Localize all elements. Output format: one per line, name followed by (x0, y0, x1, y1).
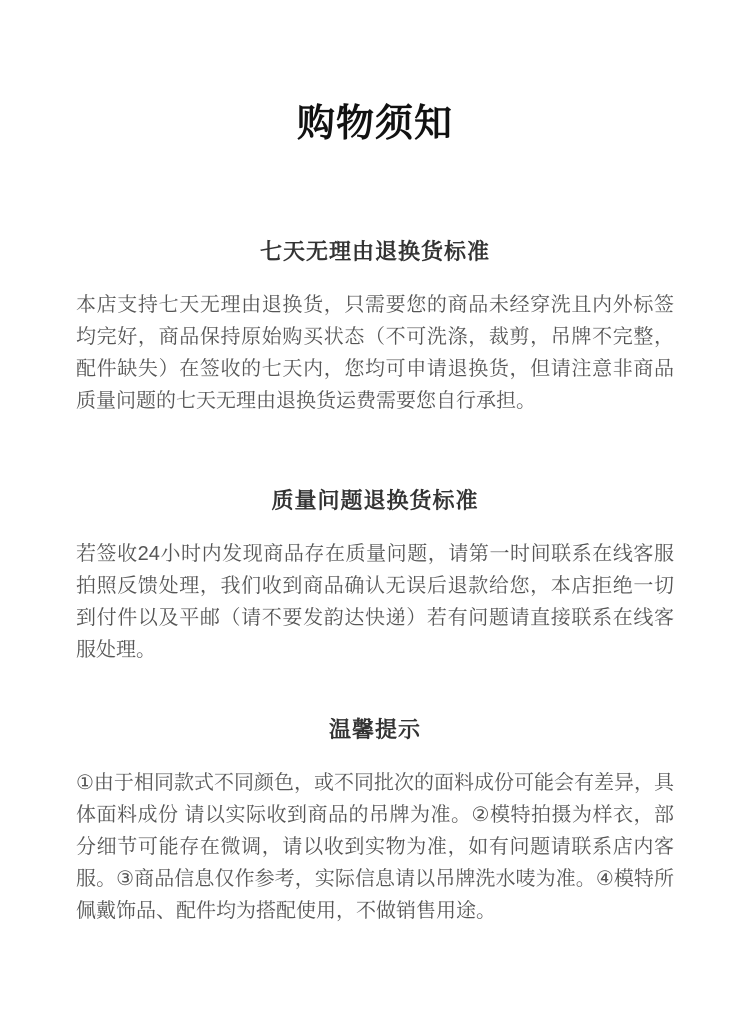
page-title: 购物须知 (76, 0, 674, 144)
section-quality-issue-return: 质量问题退换货标准 若签收24小时内发现商品存在质量问题，请第一时间联系在线客服… (76, 486, 674, 666)
warm-tips-body: ①由于相同款式不同颜色，或不同批次的面料成份可能会有差异，具体面料成份 请以实际… (76, 767, 674, 927)
section-seven-day-return: 七天无理由退换货标准 本店支持七天无理由退换货，只需要您的商品未经穿洗且内外标签… (76, 237, 674, 417)
quality-issue-return-heading: 质量问题退换货标准 (76, 486, 674, 516)
warm-tips-heading: 温馨提示 (76, 715, 674, 745)
shopping-notice-page: 购物须知 七天无理由退换货标准 本店支持七天无理由退换货，只需要您的商品未经穿洗… (76, 0, 674, 927)
section-warm-tips: 温馨提示 ①由于相同款式不同颜色，或不同批次的面料成份可能会有差异，具体面料成份… (76, 715, 674, 927)
seven-day-return-body: 本店支持七天无理由退换货，只需要您的商品未经穿洗且内外标签均完好，商品保持原始购… (76, 289, 674, 417)
seven-day-return-heading: 七天无理由退换货标准 (76, 237, 674, 267)
quality-issue-return-body: 若签收24小时内发现商品存在质量问题，请第一时间联系在线客服拍照反馈处理，我们收… (76, 538, 674, 666)
